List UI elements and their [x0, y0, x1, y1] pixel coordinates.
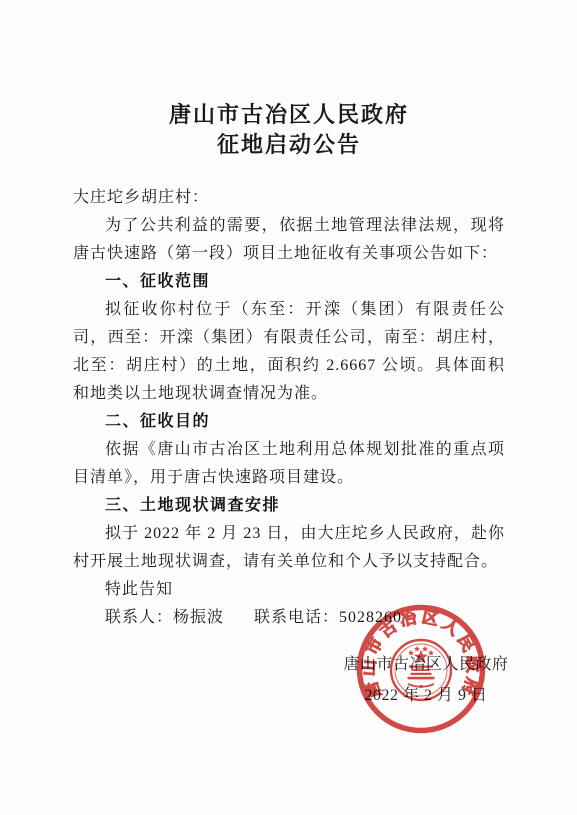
document-body: 唐山市古冶区人民政府 征地启动公告 大庄坨乡胡庄村： 为了公共利益的需要，依据土…: [73, 100, 505, 632]
official-seal: 唐山市古冶区人民政府: [352, 600, 490, 738]
section-heading-scope: 一、征收范围: [73, 268, 505, 296]
emblem-small-star-icon: [422, 646, 427, 651]
title-announcement-line: 征地启动公告: [73, 130, 505, 160]
emblem-gate-icon: [408, 666, 435, 680]
section-body-purpose: 依据《唐山市古冶区土地利用总体规划批准的重点项目清单》，用于唐古快速路项目建设。: [73, 436, 505, 492]
document-page: 唐山市古冶区人民政府 征地启动公告 大庄坨乡胡庄村： 为了公共利益的需要，依据土…: [0, 0, 577, 815]
contact-person-label: 联系人：: [105, 609, 173, 626]
salutation: 大庄坨乡胡庄村：: [73, 184, 505, 212]
emblem-gear-icon: [419, 685, 422, 688]
intro-paragraph: 为了公共利益的需要，依据土地管理法律法规，现将唐古快速路（第一段）项目土地征收有…: [73, 212, 505, 268]
emblem-big-star-icon: [415, 651, 426, 662]
emblem-small-star-icon: [428, 650, 433, 655]
national-emblem-icon: [391, 640, 451, 700]
contact-person-name: 杨振波: [173, 609, 224, 626]
section-body-survey: 拟于 2022 年 2 月 23 日，由大庄坨乡人民政府，赴你村开展土地现状调查…: [73, 520, 505, 576]
emblem-small-star-icon: [414, 646, 419, 651]
document-title: 唐山市古冶区人民政府 征地启动公告: [73, 100, 505, 160]
contact-phone-label: 联系电话：: [254, 609, 339, 626]
section-heading-purpose: 二、征收目的: [73, 408, 505, 436]
section-body-scope: 拟征收你村位于（东至：开滦（集团）有限责任公司，西至：开滦（集团）有限责任公司，…: [73, 296, 505, 408]
section-heading-survey: 三、土地现状调查安排: [73, 492, 505, 520]
emblem-small-star-icon: [408, 650, 413, 655]
title-org-line: 唐山市古冶区人民政府: [73, 100, 505, 130]
